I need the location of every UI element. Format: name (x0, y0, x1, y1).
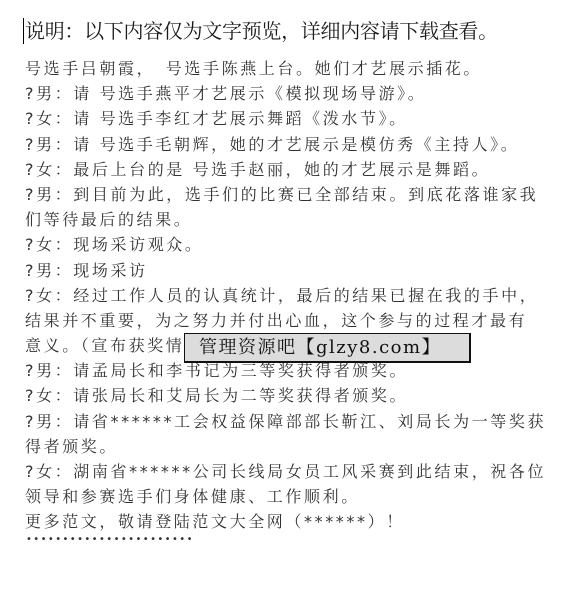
text-cursor (23, 18, 24, 44)
dotted-separator: ••••••••••••••••••••••• (26, 533, 194, 547)
text-line: 更多范文，敬请登陆范文大全网（******）！ (25, 509, 570, 534)
text-line: ?男：到目前为此，选手们的比赛已全部结束。到底花落谁家我 (25, 182, 570, 207)
text-line: ?男：请省******工会权益保障部部长靳江、刘局长为一等奖获 (25, 409, 570, 434)
text-line: 得者颁奖。 (25, 434, 570, 459)
document-body: 号选手吕朝霞， 号选手陈燕上台。她们才艺展示插花。 ?男：请 号选手燕平才艺展示… (25, 56, 570, 535)
preview-notice: 说明：以下内容仅为文字预览，详细内容请下载查看。 (25, 16, 498, 46)
text-line: ?女：经过工作人员的认真统计，最后的结果已握在我的手中， (25, 283, 570, 308)
text-line: ?女：请 号选手李红才艺展示舞蹈《泼水节》。 (25, 106, 570, 131)
text-line: ?女：请张局长和艾局长为二等奖获得者颁奖。 (25, 383, 570, 408)
text-line: 领导和参赛选手们身体健康、工作顺利。 (25, 484, 570, 509)
text-line: ?男：请 号选手毛朝辉，她的才艺展示是模仿秀《主持人》。 (25, 132, 570, 157)
text-line: ?女：最后上台的是 号选手赵丽，她的才艺展示是舞蹈。 (25, 157, 570, 182)
text-line: 结果并不重要，为之努力并付出心血，这个参与的过程才最有 (25, 308, 570, 333)
text-line: ?男：现场采访 (25, 258, 570, 283)
text-line: ?女：现场采访观众。 (25, 232, 570, 257)
text-line: 们等待最后的结果。 (25, 207, 570, 232)
text-line: ?男：请 号选手燕平才艺展示《模拟现场导游》。 (25, 81, 570, 106)
text-line: ?女：湖南省******公司长线局女员工风采赛到此结束，祝各位 (25, 459, 570, 484)
text-line: 号选手吕朝霞， 号选手陈燕上台。她们才艺展示插花。 (25, 56, 570, 81)
watermark-banner: 管理资源吧【glzy8.com】 (184, 333, 471, 363)
